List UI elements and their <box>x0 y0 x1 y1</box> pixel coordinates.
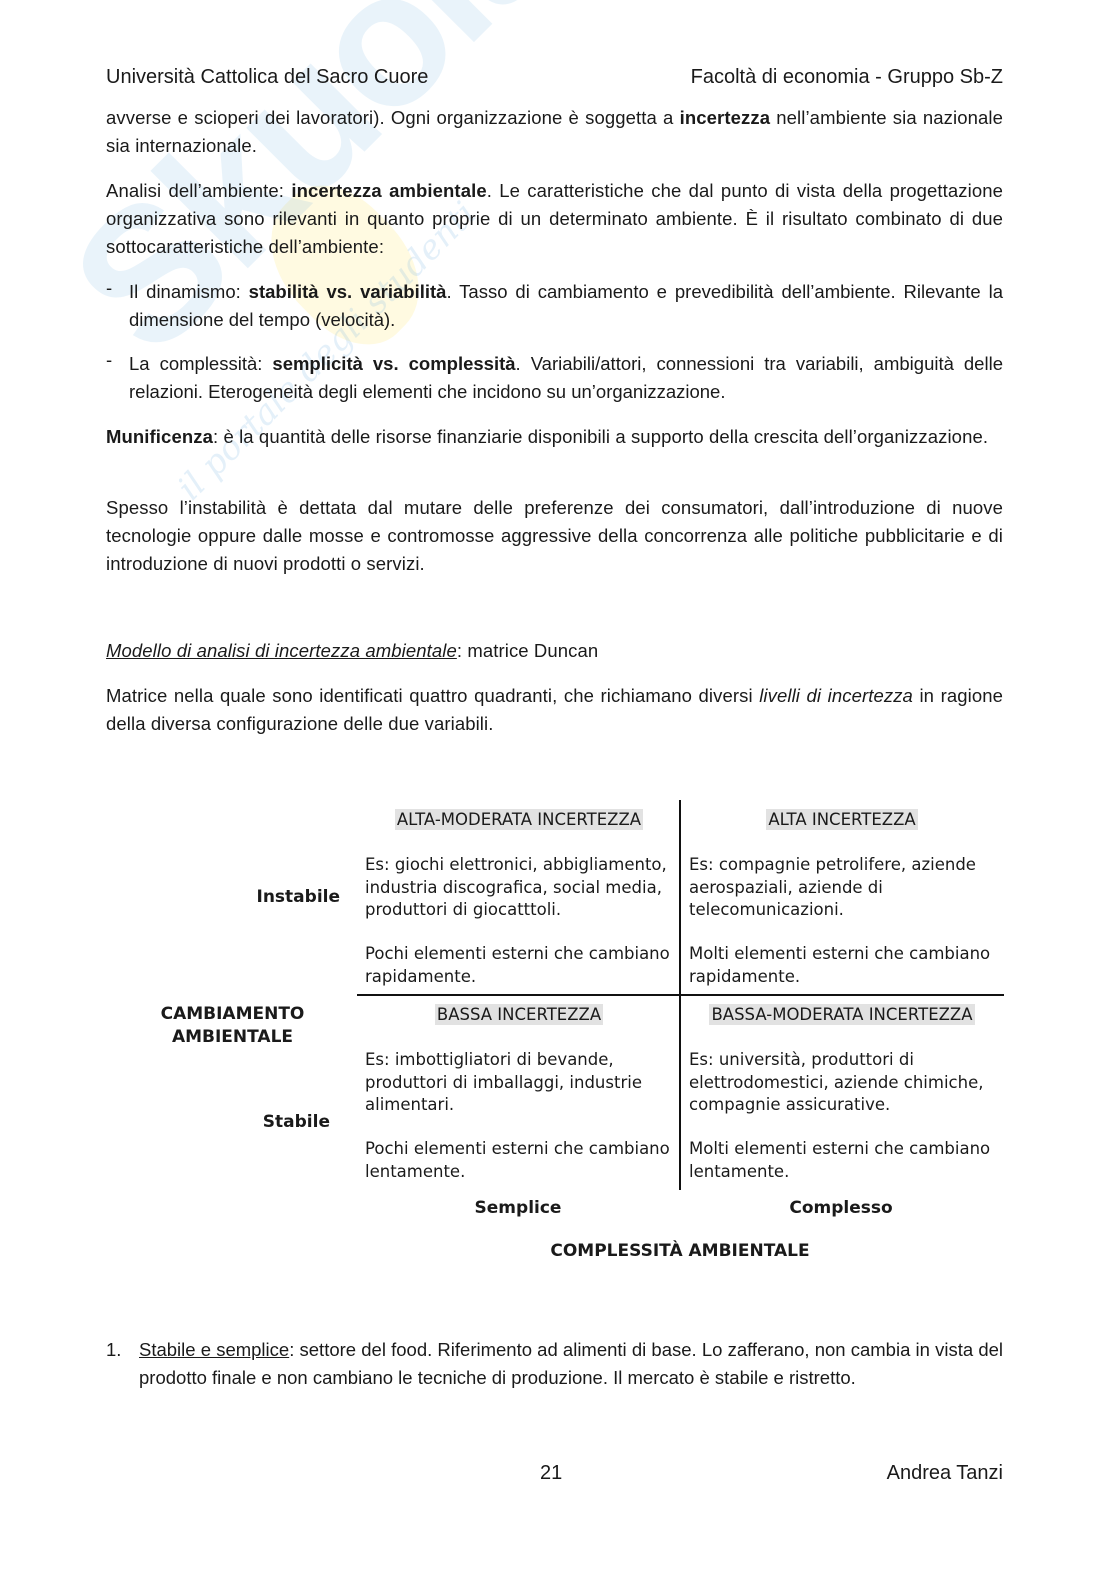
column-label-simple: Semplice <box>418 1197 618 1220</box>
bold-term: stabilità vs. variabilità <box>249 281 447 302</box>
line: CAMBIAMENTO <box>140 1003 325 1026</box>
bold-term: semplicità vs. complessità <box>272 353 515 374</box>
y-axis-label: CAMBIAMENTO AMBIENTALE <box>140 1003 325 1048</box>
paragraph-instability: Spesso l’instabilità è dettata dal mutar… <box>106 494 1003 578</box>
text: avverse e scioperi dei lavoratori). Ogni… <box>106 107 680 128</box>
line: produttori di imballaggi, industrie <box>365 1072 683 1095</box>
bullet-text: Il dinamismo: stabilità vs. variabilità.… <box>129 278 1003 334</box>
row-label-stable: Stabile <box>220 1112 330 1132</box>
quadrant-title-text: BASSA INCERTEZZA <box>435 1004 603 1025</box>
quadrant-title-text: BASSA-MODERATA INCERTEZZA <box>709 1004 974 1025</box>
bold-term: Munificenza <box>106 426 213 447</box>
line: alimentari. <box>365 1094 683 1117</box>
list-item: 1. Stabile e semplice: settore del food.… <box>106 1336 1003 1392</box>
line: Es: università, produttori di <box>689 1049 1007 1072</box>
row-label-unstable: Instabile <box>230 887 340 907</box>
bullet-text: La complessità: semplicità vs. complessi… <box>129 350 1003 406</box>
header-university: Università Cattolica del Sacro Cuore <box>106 66 428 89</box>
quadrant-examples-top-right: Es: compagnie petrolifere, aziende aeros… <box>689 854 1007 922</box>
line: telecomunicazioni. <box>689 899 1007 922</box>
text: Il dinamismo: <box>129 281 249 302</box>
line: Molti elementi esterni che cambiano <box>689 1138 1007 1161</box>
bold-term: incertezza <box>680 107 770 128</box>
line: Pochi elementi esterni che cambiano <box>365 1138 683 1161</box>
list-number: 1. <box>106 1336 121 1364</box>
paragraph-munificence: Munificenza: è la quantità delle risorse… <box>106 423 1003 451</box>
bullet-dynamism: - Il dinamismo: stabilità vs. variabilit… <box>106 278 1003 334</box>
header-faculty: Facoltà di economia - Gruppo Sb-Z <box>691 66 1003 89</box>
text: Analisi dell’ambiente: <box>106 180 291 201</box>
bullet-complexity: - La complessità: semplicità vs. comples… <box>106 350 1003 406</box>
line: compagnie assicurative. <box>689 1094 1007 1117</box>
quadrant-title-top-right: ALTA INCERTEZZA <box>682 810 1002 829</box>
quadrant-examples-bottom-left: Es: imbottigliatori di bevande, produtto… <box>365 1049 683 1117</box>
matrix-horizontal-divider <box>357 994 1004 996</box>
paragraph-matrix-description: Matrice nella quale sono identificati qu… <box>106 682 1003 738</box>
line: lentamente. <box>689 1161 1007 1184</box>
text: Matrice nella quale sono identificati qu… <box>106 685 759 706</box>
text: : matrice Duncan <box>457 640 598 661</box>
quadrant-note-top-right: Molti elementi esterni che cambiano rapi… <box>689 943 1007 988</box>
bold-term: incertezza ambientale <box>291 180 486 201</box>
line: Es: giochi elettronici, abbigliamento, <box>365 854 683 877</box>
line: AMBIENTALE <box>140 1026 325 1049</box>
paragraph-uncertainty: avverse e scioperi dei lavoratori). Ogni… <box>106 104 1003 160</box>
text: : è la quantità delle risorse finanziari… <box>213 426 988 447</box>
dash-bullet-icon: - <box>106 274 112 302</box>
quadrant-examples-bottom-right: Es: università, produttori di elettrodom… <box>689 1049 1007 1117</box>
quadrant-note-bottom-left: Pochi elementi esterni che cambiano lent… <box>365 1138 683 1183</box>
quadrant-title-text: ALTA-MODERATA INCERTEZZA <box>395 809 643 830</box>
line: Es: imbottigliatori di bevande, <box>365 1049 683 1072</box>
quadrant-note-top-left: Pochi elementi esterni che cambiano rapi… <box>365 943 683 988</box>
line: aerospaziali, aziende di <box>689 877 1007 900</box>
paragraph-environment-analysis: Analisi dell’ambiente: incertezza ambien… <box>106 177 1003 261</box>
line: elettrodomestici, aziende chimiche, <box>689 1072 1007 1095</box>
page-number: 21 <box>540 1462 562 1485</box>
list-text: Stabile e semplice: settore del food. Ri… <box>139 1336 1003 1392</box>
author-name: Andrea Tanzi <box>887 1462 1003 1485</box>
quadrant-note-bottom-right: Molti elementi esterni che cambiano lent… <box>689 1138 1007 1183</box>
line: lentamente. <box>365 1161 683 1184</box>
dash-bullet-icon: - <box>106 346 112 374</box>
line: Es: compagnie petrolifere, aziende <box>689 854 1007 877</box>
quadrant-examples-top-left: Es: giochi elettronici, abbigliamento, i… <box>365 854 683 922</box>
page-header: Università Cattolica del Sacro Cuore Fac… <box>106 66 1003 89</box>
line: rapidamente. <box>365 966 683 989</box>
quadrant-title-top-left: ALTA-MODERATA INCERTEZZA <box>359 810 679 829</box>
line: rapidamente. <box>689 966 1007 989</box>
quadrant-title-bottom-left: BASSA INCERTEZZA <box>359 1005 679 1024</box>
line: Pochi elementi esterni che cambiano <box>365 943 683 966</box>
quadrant-title-bottom-right: BASSA-MODERATA INCERTEZZA <box>682 1005 1002 1024</box>
text: La complessità: <box>129 353 272 374</box>
quadrant-title-text: ALTA INCERTEZZA <box>766 809 917 830</box>
model-title: Modello di analisi di incertezza ambient… <box>106 640 457 661</box>
column-label-complex: Complesso <box>741 1197 941 1220</box>
x-axis-label: COMPLESSITÀ AMBIENTALE <box>480 1240 880 1263</box>
paragraph-duncan-model: Modello di analisi di incertezza ambient… <box>106 637 1003 665</box>
line: Molti elementi esterni che cambiano <box>689 943 1007 966</box>
line: industria discografica, social media, <box>365 877 683 900</box>
line: produttori di giocatttoli. <box>365 899 683 922</box>
italic-term: livelli di incertezza <box>759 685 913 706</box>
underlined-term: Stabile e semplice <box>139 1339 289 1360</box>
